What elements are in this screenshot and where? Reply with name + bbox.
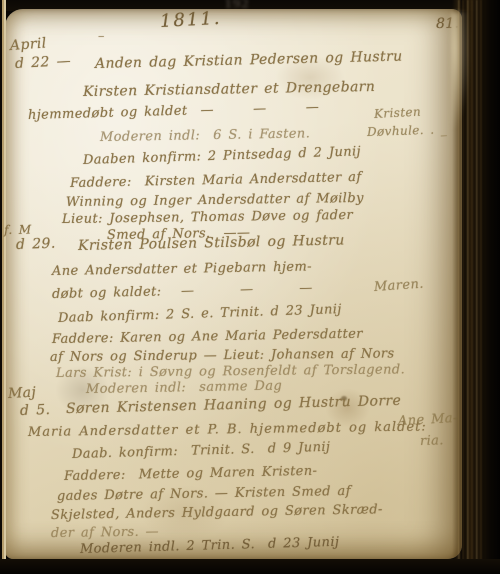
margin-premark: f. M bbox=[4, 224, 32, 236]
margin-note: Døvhule. . _ bbox=[367, 123, 447, 138]
manuscript-line: Lieut: Josephsen, Thomas Døve og fader bbox=[62, 209, 353, 226]
manuscript-line: der af Nors. — bbox=[51, 525, 159, 540]
manuscript-scan: 192 1811. 81. – April d 22 — Anden dag K… bbox=[0, 0, 500, 574]
manuscript-line: Moderen indl: samme Dag bbox=[86, 380, 282, 396]
manuscript-line: af Nors og Sinderup — Lieut: Johansen af… bbox=[50, 347, 395, 364]
entry-date-maj5: d 5. bbox=[20, 403, 51, 418]
margin-note: Ane Ma- bbox=[398, 412, 458, 428]
manuscript-line: Winning og Inger Andersdatter af Møilby bbox=[66, 192, 364, 209]
year-heading: 1811. bbox=[160, 10, 222, 31]
stray-dash: – bbox=[98, 30, 105, 43]
entry-date-april29: d 29. bbox=[16, 237, 56, 252]
manuscript-line: Lars Krist: i Søvng og Rosenfeldt af Tor… bbox=[56, 363, 405, 380]
manuscript-line: Moderen indl: 6 S. i Fasten. bbox=[100, 127, 310, 144]
margin-note: Kristen bbox=[374, 106, 422, 120]
month-label-maj: Maj bbox=[8, 386, 37, 401]
month-label-april: April bbox=[10, 36, 48, 53]
book-binding-edge bbox=[452, 0, 500, 574]
margin-note: ria. bbox=[420, 434, 444, 448]
photo-left-edge bbox=[0, 0, 6, 574]
entry-date-april22: d 22 — bbox=[15, 54, 72, 71]
photo-bottom-edge bbox=[0, 559, 500, 574]
margin-note: Maren. bbox=[374, 278, 425, 294]
page-block-streaks bbox=[458, 0, 484, 574]
